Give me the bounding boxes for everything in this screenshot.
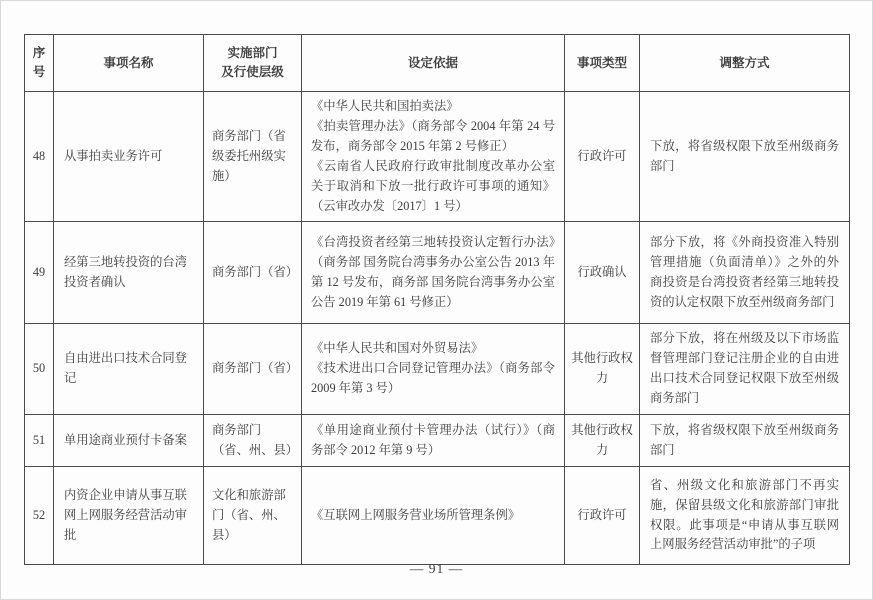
cell-type: 行政许可 [565,467,640,565]
cell-no: 49 [25,222,54,324]
table-header-row: 序 号 事项名称 实施部门 及行使层级 设定依据 事项类型 调整方式 [25,35,850,92]
cell-no: 48 [25,92,54,222]
cell-dept: 商务部门（省） [204,222,302,324]
cell-name: 自由进出口技术合同登记 [54,324,204,415]
table-row: 48 从事拍卖业务许可 商务部门（省级委托州级实施） 《中华人民共和国拍卖法》 … [25,92,850,222]
header-no: 序 号 [25,35,54,92]
cell-adjust: 下放，将省级权限下放至州级商务部门 [640,415,850,467]
cell-type: 行政确认 [565,222,640,324]
cell-basis: 《中华人民共和国拍卖法》 《拍卖管理办法》（商务部令 2004 年第 24 号发… [302,92,565,222]
cell-basis: 《台湾投资者经第三地转投资认定暂行办法》（商务部 国务院台湾事务办公室公告 20… [302,222,565,324]
cell-dept: 文化和旅游部门（省、州、县） [204,467,302,565]
cell-dept: 商务部门（省、州、县） [204,415,302,467]
document-page: { "table": { "headers": { "no": "序\n号", … [0,0,873,600]
header-type: 事项类型 [565,35,640,92]
table-row: 51 单用途商业预付卡备案 商务部门（省、州、县） 《单用途商业预付卡管理办法（… [25,415,850,467]
cell-name: 从事拍卖业务许可 [54,92,204,222]
cell-no: 50 [25,324,54,415]
cell-adjust: 部分下放，将在州级及以下市场监督管理部门登记注册企业的自由进出口技术合同登记权限… [640,324,850,415]
table-row: 49 经第三地转投资的台湾投资者确认 商务部门（省） 《台湾投资者经第三地转投资… [25,222,850,324]
cell-name: 内资企业申请从事互联网上网服务经营活动审批 [54,467,204,565]
cell-basis: 《单用途商业预付卡管理办法（试行）》（商务部令 2012 年第 9 号） [302,415,565,467]
cell-type: 其他行政权力 [565,415,640,467]
cell-adjust: 部分下放，将《外商投资准入特别管理措施（负面清单）》之外的外商投资是台湾投资者经… [640,222,850,324]
cell-no: 52 [25,467,54,565]
cell-name: 经第三地转投资的台湾投资者确认 [54,222,204,324]
cell-type: 其他行政权力 [565,324,640,415]
approval-items-table: 序 号 事项名称 实施部门 及行使层级 设定依据 事项类型 调整方式 48 从事… [24,34,850,565]
header-basis: 设定依据 [302,35,565,92]
cell-dept: 商务部门（省） [204,324,302,415]
table-row: 52 内资企业申请从事互联网上网服务经营活动审批 文化和旅游部门（省、州、县） … [25,467,850,565]
cell-no: 51 [25,415,54,467]
header-item-name: 事项名称 [54,35,204,92]
cell-basis: 《中华人民共和国对外贸易法》 《技术进出口合同登记管理办法》（商务部令 2009… [302,324,565,415]
cell-type: 行政许可 [565,92,640,222]
page-number: — 91 — [1,561,872,577]
cell-adjust: 省、州级文化和旅游部门不再实施，保留县级文化和旅游部门审批权限。此事项是“申请从… [640,467,850,565]
header-adjust: 调整方式 [640,35,850,92]
cell-dept: 商务部门（省级委托州级实施） [204,92,302,222]
cell-adjust: 下放，将省级权限下放至州级商务部门 [640,92,850,222]
cell-basis: 《互联网上网服务营业场所管理条例》 [302,467,565,565]
header-dept: 实施部门 及行使层级 [204,35,302,92]
table-row: 50 自由进出口技术合同登记 商务部门（省） 《中华人民共和国对外贸易法》 《技… [25,324,850,415]
cell-name: 单用途商业预付卡备案 [54,415,204,467]
